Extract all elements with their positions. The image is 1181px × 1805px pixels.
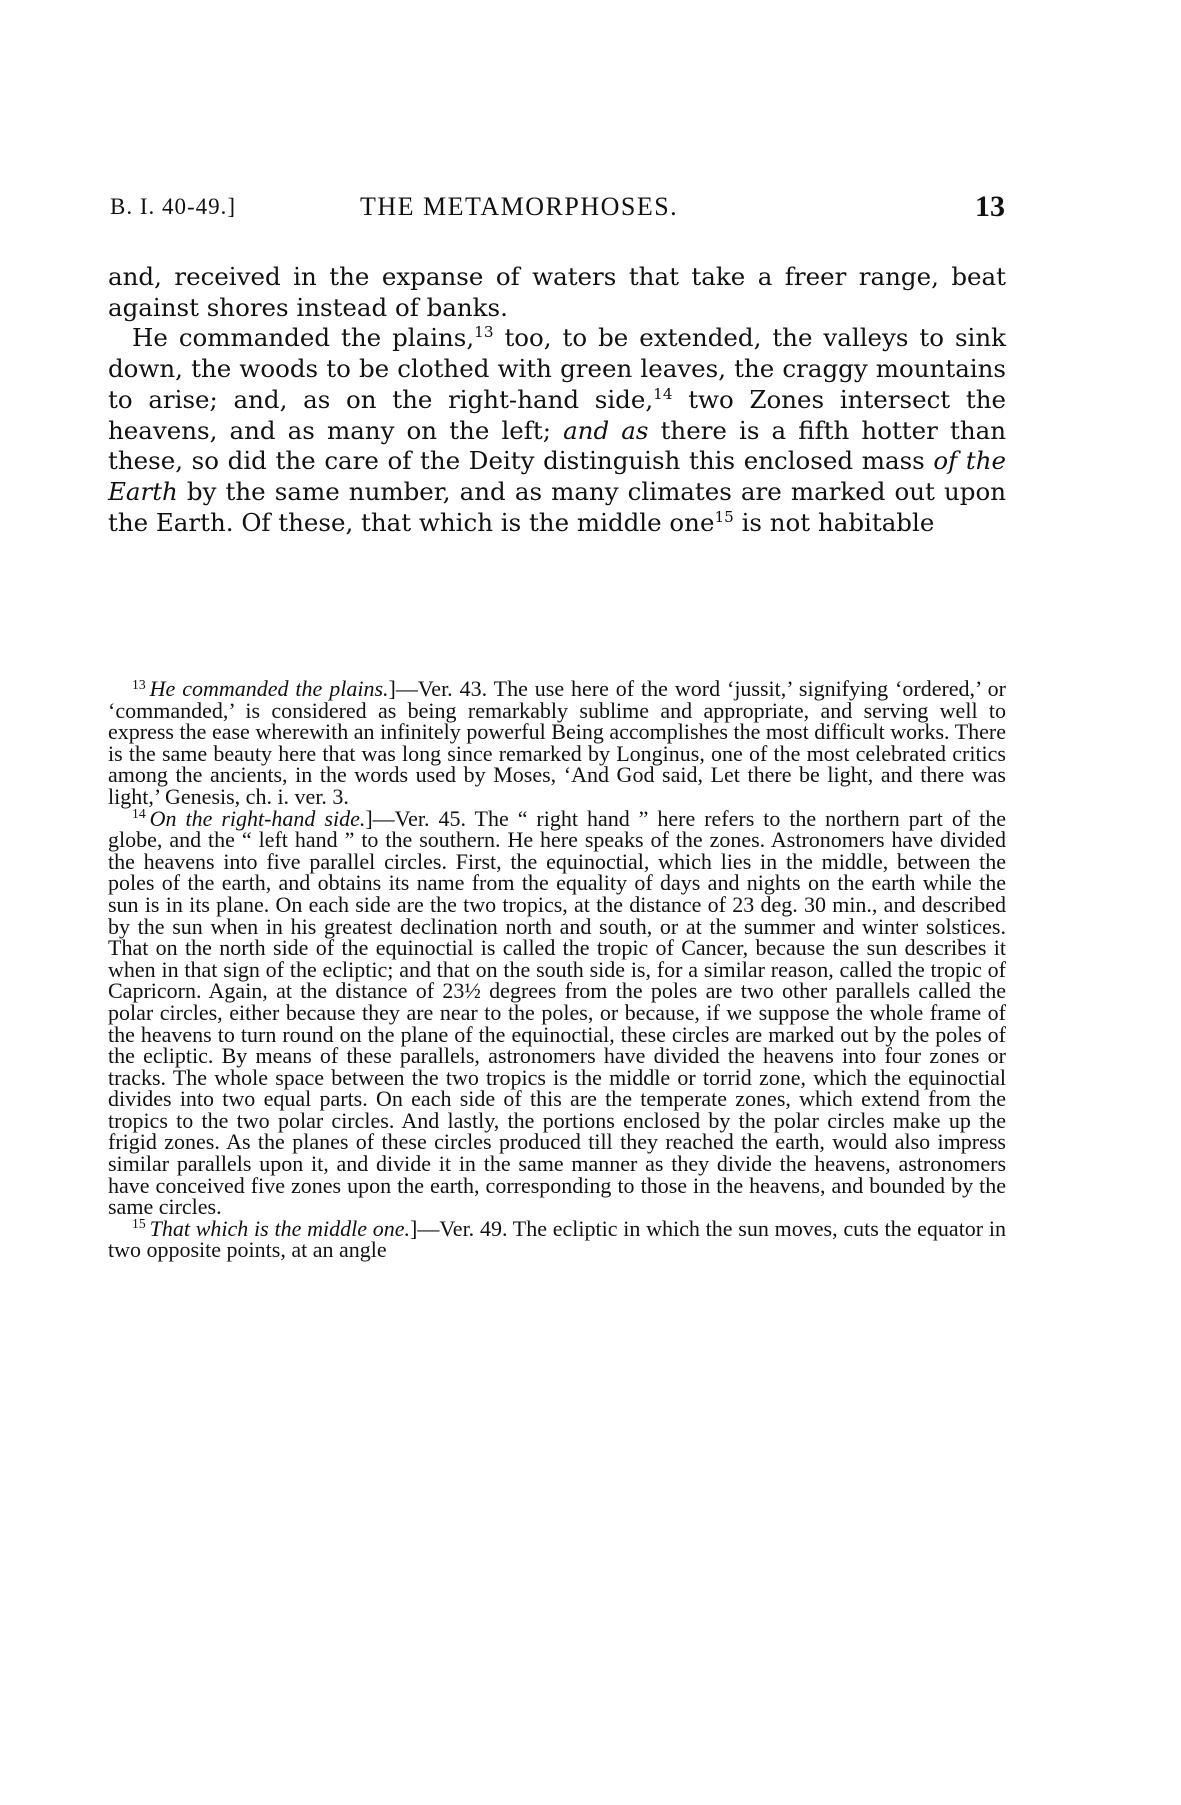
- footnote-14: 14On the right-hand side.]—Ver. 45. The …: [108, 808, 1006, 1218]
- book-page: B. I. 40-49.] THE METAMORPHOSES. 13 and,…: [0, 0, 1181, 1805]
- paragraph-2: He commanded the plains,13 too, to be ex…: [108, 323, 1006, 538]
- footnotes: 13He commanded the plains.]—Ver. 43. The…: [108, 678, 1006, 1261]
- book-line-reference: B. I. 40-49.]: [110, 194, 236, 220]
- main-text: and, received in the expanse of waters t…: [108, 262, 1006, 538]
- running-title: THE METAMORPHOSES.: [360, 192, 678, 222]
- page-number: 13: [975, 190, 1005, 224]
- footnote-13: 13He commanded the plains.]—Ver. 43. The…: [108, 678, 1006, 808]
- italic-phrase: and as: [563, 416, 648, 445]
- footnote-15: 15That which is the middle one.]—Ver. 49…: [108, 1218, 1006, 1261]
- footnote-ref-15[interactable]: 15: [714, 508, 733, 526]
- footnote-text: ]—Ver. 45. The “ right hand ” here refer…: [108, 806, 1006, 1220]
- footnote-ref-14[interactable]: 14: [653, 385, 672, 403]
- paragraph-1: and, received in the expanse of waters t…: [108, 262, 1006, 323]
- footnote-number: 15: [132, 1216, 146, 1231]
- footnote-number: 13: [132, 677, 146, 692]
- running-head: B. I. 40-49.] THE METAMORPHOSES. 13: [110, 190, 1005, 230]
- footnote-ref-13[interactable]: 13: [474, 323, 493, 341]
- footnote-number: 14: [132, 806, 146, 821]
